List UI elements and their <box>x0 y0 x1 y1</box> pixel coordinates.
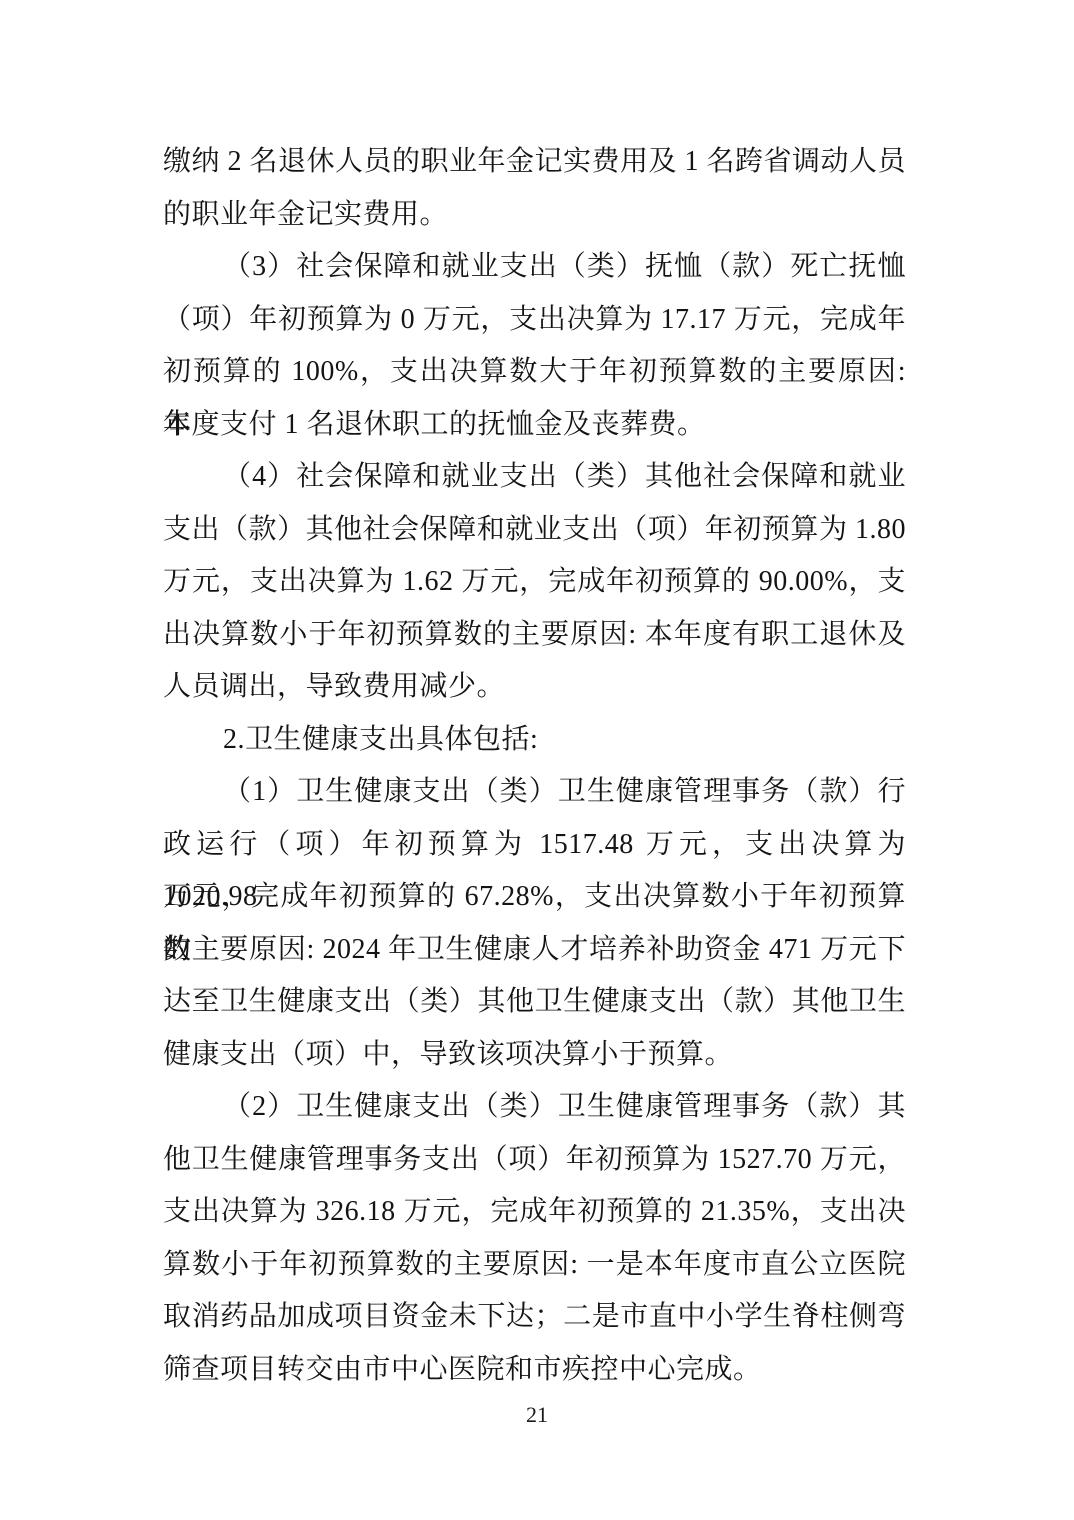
document-page: 缴纳 2 名退休人员的职业年金记实费用及 1 名跨省调动人员的职业年金记实费用。… <box>0 0 1074 1520</box>
text-line: （2）卫生健康支出（类）卫生健康管理事务（款）其 <box>163 1081 906 1134</box>
text-line: 算数小于年初预算数的主要原因: 一是本年度市直公立医院 <box>163 1239 906 1292</box>
text-line: 出决算数小于年初预算数的主要原因: 本年度有职工退休及 <box>163 609 906 662</box>
text-line: 缴纳 2 名退休人员的职业年金记实费用及 1 名跨省调动人员 <box>163 136 906 189</box>
text-line: 健康支出（项）中，导致该项决算小于预算。 <box>163 1029 906 1082</box>
text-line: 的主要原因: 2024 年卫生健康人才培养补助资金 471 万元下 <box>163 924 906 977</box>
text-line: 达至卫生健康支出（类）其他卫生健康支出（款）其他卫生 <box>163 976 906 1029</box>
text-line: 2.卫生健康支出具体包括: <box>163 714 906 767</box>
text-line: 筛查项目转交由市中心医院和市疾控中心完成。 <box>163 1344 906 1397</box>
text-line: 人员调出，导致费用减少。 <box>163 661 906 714</box>
text-line: （4）社会保障和就业支出（类）其他社会保障和就业 <box>163 451 906 504</box>
text-line: （1）卫生健康支出（类）卫生健康管理事务（款）行 <box>163 766 906 819</box>
text-line: 他卫生健康管理事务支出（项）年初预算为 1527.70 万元， <box>163 1134 906 1187</box>
body-text: 缴纳 2 名退休人员的职业年金记实费用及 1 名跨省调动人员的职业年金记实费用。… <box>163 136 906 1396</box>
text-line: 支出（款）其他社会保障和就业支出（项）年初预算为 1.80 <box>163 504 906 557</box>
text-line: 政运行（项）年初预算为 1517.48 万元，支出决算为 1020.98 <box>163 819 906 872</box>
text-line: 万元，完成年初预算的 67.28%，支出决算数小于年初预算数 <box>163 871 906 924</box>
page-number: 21 <box>0 1402 1074 1428</box>
text-line: 的职业年金记实费用。 <box>163 189 906 242</box>
text-line: （项）年初预算为 0 万元，支出决算为 17.17 万元，完成年 <box>163 294 906 347</box>
text-line: 支出决算为 326.18 万元，完成年初预算的 21.35%，支出决 <box>163 1186 906 1239</box>
text-line: （3）社会保障和就业支出（类）抚恤（款）死亡抚恤 <box>163 241 906 294</box>
text-line: 取消药品加成项目资金未下达；二是市直中小学生脊柱侧弯 <box>163 1291 906 1344</box>
text-line: 万元，支出决算为 1.62 万元，完成年初预算的 90.00%，支 <box>163 556 906 609</box>
text-line: 初预算的 100%，支出决算数大于年初预算数的主要原因: 本 <box>163 346 906 399</box>
text-line: 年度支付 1 名退休职工的抚恤金及丧葬费。 <box>163 399 906 452</box>
